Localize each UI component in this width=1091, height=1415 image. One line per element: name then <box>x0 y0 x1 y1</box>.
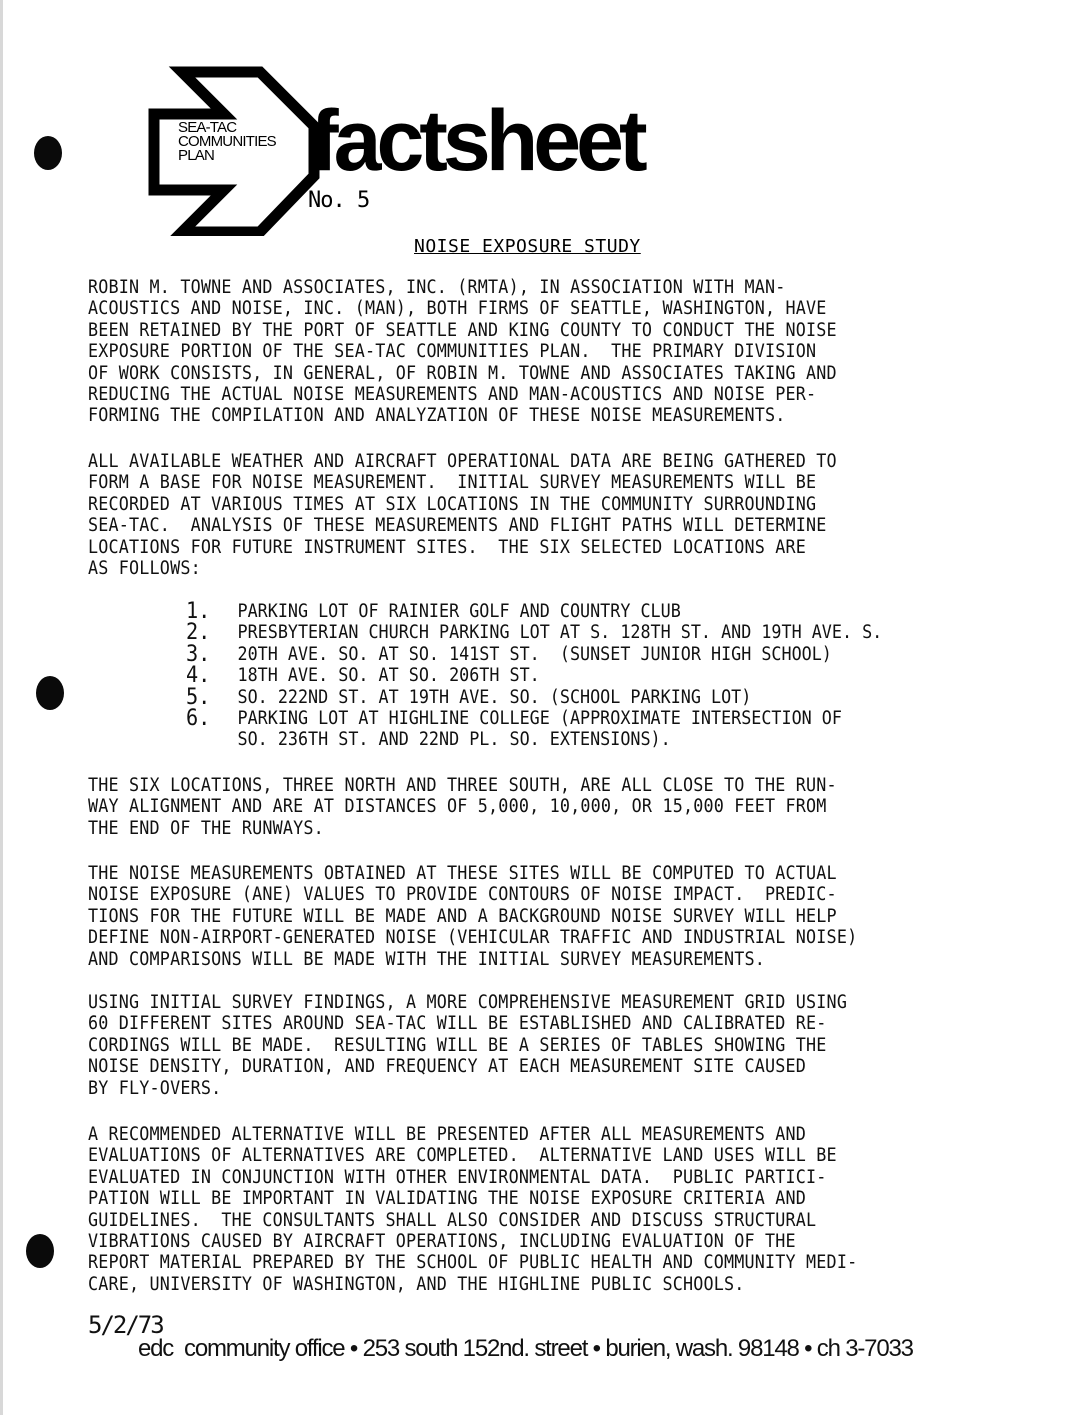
paragraph-location-distances: THE SIX LOCATIONS, THREE NORTH AND THREE… <box>88 775 971 839</box>
location-number: 2. <box>186 622 238 643</box>
location-item: 4. 18TH AVE. SO. AT SO. 206TH ST. <box>186 665 1014 686</box>
location-item: 1. PARKING LOT OF RAINIER GOLF AND COUNT… <box>186 601 1014 622</box>
punch-hole <box>36 676 64 710</box>
location-number: 5. <box>186 687 238 708</box>
logo-text: SEA-TAC COMMUNITIES PLAN <box>178 121 276 163</box>
paragraph-recommended-alternative: A RECOMMENDED ALTERNATIVE WILL BE PRESEN… <box>88 1124 971 1295</box>
issue-number: No. 5 <box>308 188 369 213</box>
location-text: SO. 222ND ST. AT 19TH AVE. SO. (SCHOOL P… <box>238 687 1014 708</box>
logo-line: PLAN <box>178 149 276 163</box>
locations-list: 1. PARKING LOT OF RAINIER GOLF AND COUNT… <box>186 601 1014 751</box>
location-item: 2. PRESBYTERIAN CHURCH PARKING LOT AT S.… <box>186 622 1014 643</box>
location-number: 1. <box>186 601 238 622</box>
location-text: 18TH AVE. SO. AT SO. 206TH ST. <box>238 665 1014 686</box>
punch-hole <box>34 136 62 170</box>
brand-title: factsheet <box>310 98 643 184</box>
page-edge <box>0 0 3 1415</box>
location-text: PARKING LOT OF RAINIER GOLF AND COUNTRY … <box>238 601 1014 622</box>
paragraph-consultants: ROBIN M. TOWNE AND ASSOCIATES, INC. (RMT… <box>88 277 971 427</box>
location-text: PARKING LOT AT HIGHLINE COLLEGE (APPROXI… <box>238 708 1014 751</box>
location-number: 4. <box>186 665 238 686</box>
paragraph-measurement-grid: USING INITIAL SURVEY FINDINGS, A MORE CO… <box>88 992 971 1099</box>
location-text: PRESBYTERIAN CHURCH PARKING LOT AT S. 12… <box>238 622 1014 643</box>
paragraph-data-gathering: ALL AVAILABLE WEATHER AND AIRCRAFT OPERA… <box>88 451 971 579</box>
location-number: 3. <box>186 644 238 665</box>
punch-hole <box>26 1234 54 1268</box>
location-item: 5. SO. 222ND ST. AT 19TH AVE. SO. (SCHOO… <box>186 687 1014 708</box>
location-number: 6. <box>186 708 238 751</box>
location-text: 20TH AVE. SO. AT SO. 141ST ST. (SUNSET J… <box>238 644 1014 665</box>
document-heading: NOISE EXPOSURE STUDY <box>414 236 641 257</box>
office-address: edc community office • 253 south 152nd. … <box>138 1335 913 1363</box>
location-item: 6. PARKING LOT AT HIGHLINE COLLEGE (APPR… <box>186 708 1014 751</box>
location-item: 3. 20TH AVE. SO. AT SO. 141ST ST. (SUNSE… <box>186 644 1014 665</box>
paragraph-measurement-computation: THE NOISE MEASUREMENTS OBTAINED AT THESE… <box>88 863 971 970</box>
